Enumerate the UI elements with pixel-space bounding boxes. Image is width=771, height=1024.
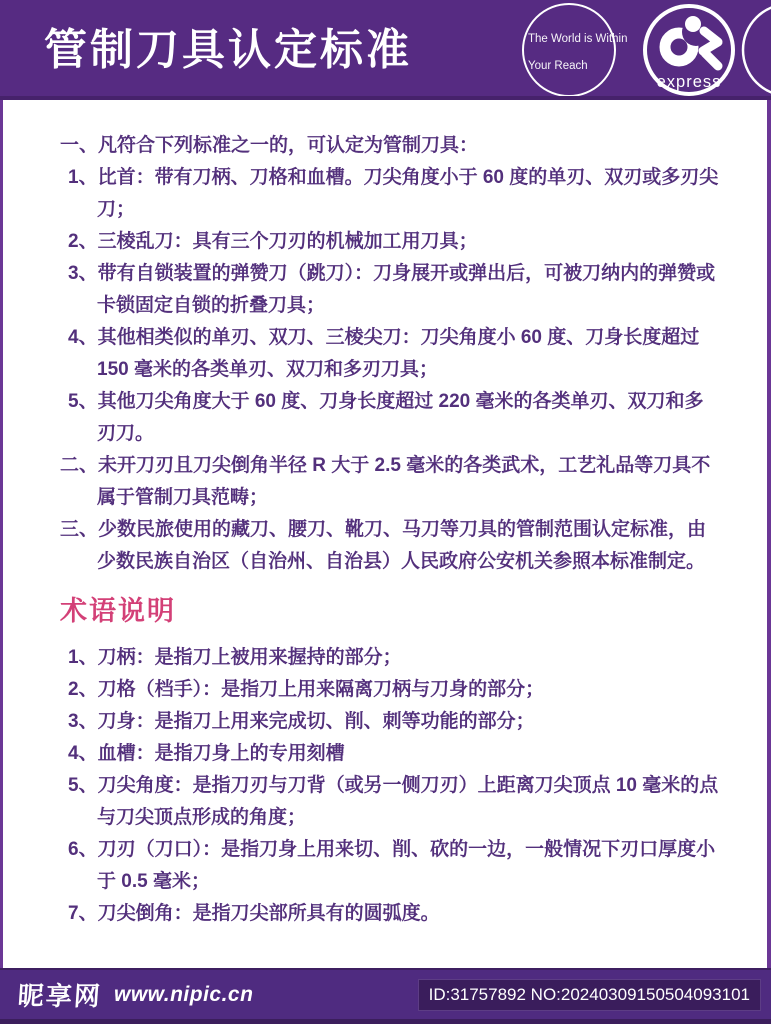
document-body: 一、凡符合下列标准之一的，可认定为管制刀具： 1、比首：带有刀柄、刀格和血槽。刀… <box>0 100 771 968</box>
site-url-label: www.nipic.cn <box>114 983 253 1007</box>
brand-tagline-line1: The World is Within <box>528 33 627 45</box>
terms-section-heading: 术语说明 <box>60 594 721 628</box>
rule-item-3: 3、带有自锁装置的弹赞刀（跳刀）：刀身展开或弹出后，可被刀纳内的弹赞或卡锁固定自… <box>68 258 721 322</box>
term-item-1: 1、刀柄：是指刀上被用来握持的部分； <box>68 642 721 674</box>
edge-circle-icon <box>743 4 771 96</box>
rule-item-1: 1、比首：带有刀柄、刀格和血槽。刀尖角度小于 60 度的单刃、双刃或多刃尖刀； <box>68 162 721 226</box>
term-item-5: 5、刀尖角度：是指刀刃与刀背（或另一侧刀刃）上距离刀尖顶点 10 毫米的点与刀尖… <box>68 770 721 834</box>
term-item-3: 3、刀身：是指刀上用来完成切、削、刺等功能的部分； <box>68 706 721 738</box>
header-banner: 管制刀具认定标准 The World is Within Your Reach … <box>0 0 771 100</box>
watermark-footer: 昵享网 www.nipic.cn ID:31757892 NO:20240309… <box>0 968 771 1024</box>
site-name-logo: 昵享网 <box>17 976 104 1013</box>
term-item-7: 7、刀尖倒角：是指刀尖部所具有的圆弧度。 <box>68 898 721 930</box>
brand-tagline-line2: Your Reach <box>528 60 588 72</box>
poster-page: 管制刀具认定标准 The World is Within Your Reach … <box>0 0 771 1024</box>
site-branding: 昵享网 www.nipic.cn <box>18 976 253 1013</box>
tagline-circle-icon <box>523 4 615 96</box>
rule-intro: 一、凡符合下列标准之一的，可认定为管制刀具： <box>60 130 721 162</box>
rule-item-4: 4、其他相类似的单刃、双刀、三棱尖刀：刀尖角度小 60 度、刀身长度超过 150… <box>68 322 721 386</box>
term-item-4: 4、血槽：是指刀身上的专用刻槽 <box>68 738 721 770</box>
page-title: 管制刀具认定标准 <box>44 16 412 77</box>
rule-item-5: 5、其他刀尖角度大于 60 度、刀身长度超过 220 毫米的各类单刃、双刀和多刃… <box>68 386 721 450</box>
rule-2: 二、未开刀刃且刀尖倒角半径 R 大于 2.5 毫米的各类武术，工艺礼品等刀具不属… <box>60 450 721 514</box>
term-item-6: 6、刀刃（刀口）：是指刀身上用来切、削、砍的一边，一般情况下刃口厚度小于 0.5… <box>68 834 721 898</box>
brand-logo: The World is Within Your Reach express <box>499 0 771 96</box>
brand-name-label: express <box>657 73 722 91</box>
rule-item-2: 2、三棱乱刀：具有三个刀刃的机械加工用刀具； <box>68 226 721 258</box>
image-id-badge: ID:31757892 NO:20240309150504093101 <box>418 979 761 1011</box>
rule-3: 三、少数民旅使用的藏刀、腰刀、靴刀、马刀等刀具的管制范围认定标准，由少数民族自治… <box>60 514 721 578</box>
term-item-2: 2、刀格（档手）：是指刀上用来隔离刀柄与刀身的部分； <box>68 674 721 706</box>
